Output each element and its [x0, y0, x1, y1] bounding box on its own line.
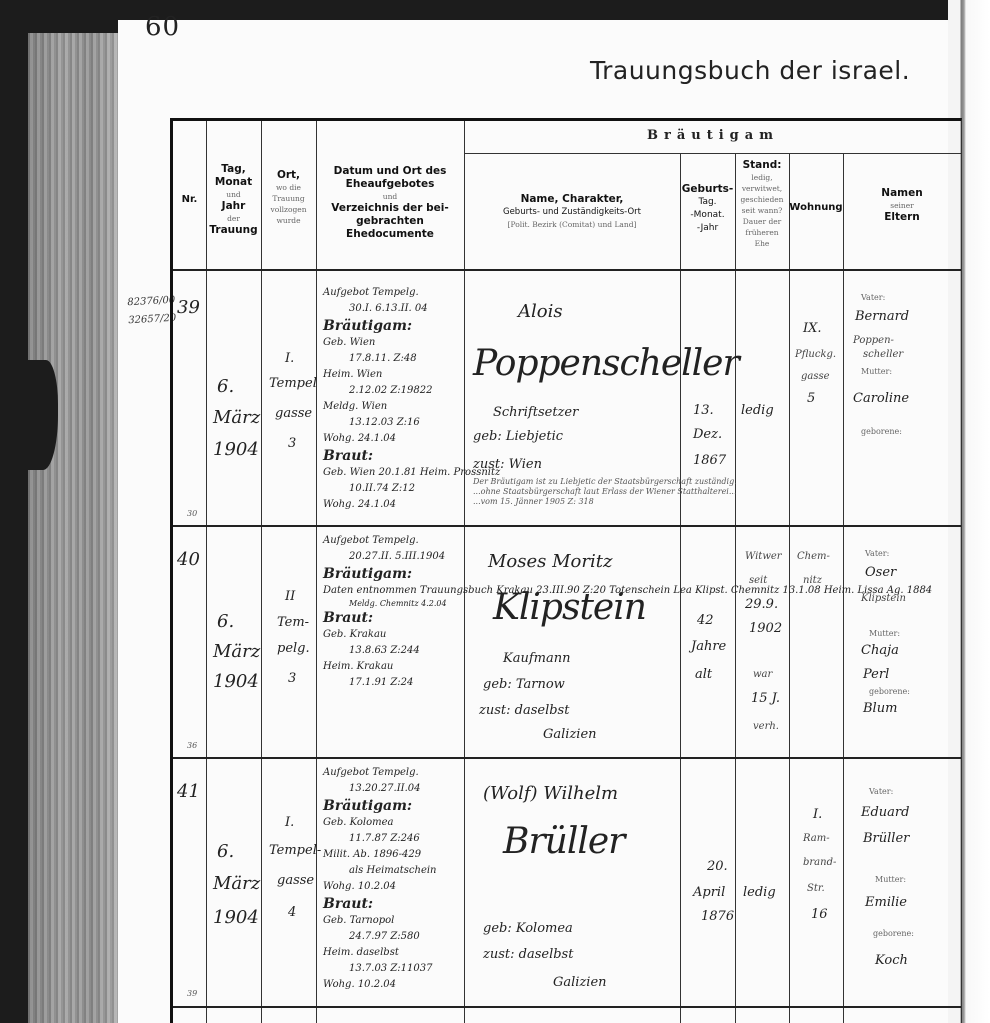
- entry-number: 39: [177, 297, 200, 318]
- birth-day: 13.: [693, 403, 714, 418]
- wedding-month: März: [213, 873, 260, 894]
- nee-label: geborene:: [861, 427, 902, 436]
- header-parents: Namen seiner Eltern: [843, 187, 961, 224]
- birth-day: 20.: [707, 859, 728, 874]
- father-label: Vater:: [865, 549, 889, 558]
- nee-label: geborene:: [873, 929, 914, 938]
- col-divider: [261, 121, 262, 1023]
- entry-number: 41: [177, 781, 200, 802]
- group-divider: [464, 153, 961, 154]
- mother-maiden-name: Koch: [875, 953, 908, 968]
- entry-number: 40: [177, 549, 200, 570]
- mother-label: Mutter:: [875, 875, 906, 884]
- groom-domicile: zust: Wien: [473, 457, 542, 472]
- birth-year: 1867: [693, 453, 726, 468]
- header-date: Tag, Monat und Jahr der Trauung: [206, 163, 261, 237]
- book-spine: [28, 33, 118, 1023]
- col-divider: [206, 121, 207, 1023]
- groom-domicile: zust: daselbst: [479, 703, 569, 718]
- nee-label: geborene:: [869, 687, 910, 696]
- header-banns: Datum und Ort des Eheaufgebotes und Verz…: [316, 165, 464, 241]
- groom-domicile: zust: daselbst: [483, 947, 573, 962]
- groom-birthplace: geb: Tarnow: [483, 677, 565, 692]
- header-place: Ort, wo die Trauung vollzogen wurde: [261, 169, 316, 226]
- father-label: Vater:: [861, 293, 885, 302]
- banns-documents: Aufgebot Tempelg. 13.20.27.II.04 Bräutig…: [323, 765, 437, 993]
- groom-region: Galizien: [543, 727, 597, 742]
- groom-birthplace: geb: Kolomea: [483, 921, 573, 936]
- marital-status: ledig: [743, 885, 776, 900]
- entry-footnote: 30: [187, 509, 197, 518]
- wedding-day: 6.: [217, 376, 234, 397]
- mother-maiden-name: Blum: [863, 701, 897, 716]
- mother-name: Chaja: [861, 643, 899, 658]
- marital-status: ledig: [741, 403, 774, 418]
- col-divider: [316, 121, 317, 1023]
- wedding-day: 6.: [217, 611, 234, 632]
- row-divider: [173, 525, 961, 527]
- wedding-month: März: [213, 407, 260, 428]
- wedding-year: 1904: [213, 907, 259, 928]
- mother-label: Mutter:: [869, 629, 900, 638]
- father-name: Oser: [865, 565, 896, 580]
- groom-occupation: Kaufmann: [503, 651, 570, 666]
- header-birth: Geburts- Tag. -Monat. -Jahr: [680, 183, 735, 235]
- birth-month: April: [693, 885, 725, 900]
- groom-age: 42: [697, 613, 714, 628]
- mother-name: Emilie: [865, 895, 907, 910]
- header-groom-group: Bräutigam: [465, 123, 961, 153]
- wedding-day: 6.: [217, 841, 234, 862]
- father-name: Bernard: [855, 309, 909, 324]
- row-divider: [173, 1006, 961, 1008]
- header-status: Stand: ledig, verwitwet, geschieden seit…: [735, 159, 789, 249]
- groom-first-name: Alois: [518, 301, 563, 322]
- torn-page-edge: [28, 360, 58, 470]
- wedding-place: I.: [285, 351, 294, 366]
- father-label: Vater:: [869, 787, 893, 796]
- birth-year: 1876: [701, 909, 734, 924]
- wedding-month: März: [213, 641, 260, 662]
- header-name: Name, Charakter, Geburts- und Zuständigk…: [464, 193, 680, 230]
- wedding-place: I.: [285, 815, 294, 830]
- mother-label: Mutter:: [861, 367, 892, 376]
- residence: IX.: [803, 321, 822, 336]
- groom-birthplace: geb: Liebjetic: [473, 429, 563, 444]
- wedding-year: 1904: [213, 671, 259, 692]
- birth-month: Dez.: [693, 427, 722, 442]
- marriage-register-table: Nr. Tag, Monat und Jahr der Trauung Ort,…: [170, 118, 962, 1023]
- wedding-year: 1904: [213, 439, 259, 460]
- groom-surname: Poppenscheller: [473, 343, 739, 384]
- row-divider: [173, 757, 961, 759]
- marital-status: Witwer: [745, 551, 782, 562]
- wedding-place: II: [285, 589, 295, 604]
- page-number: 60: [145, 12, 180, 42]
- residence: Chem-: [797, 551, 830, 562]
- groom-surname: Klipstein: [493, 587, 646, 628]
- groom-occupation: Schriftsetzer: [493, 405, 578, 420]
- entry-footnote: 39: [187, 989, 197, 998]
- entry-footnote: 36: [187, 741, 197, 750]
- groom-region: Galizien: [553, 975, 607, 990]
- residence: I.: [813, 807, 822, 822]
- father-name: Eduard: [861, 805, 909, 820]
- groom-surname: Brüller: [503, 821, 624, 862]
- mother-name: Caroline: [853, 391, 909, 406]
- header-residence: Wohnung: [789, 201, 843, 214]
- book-title: Trauungsbuch der israel.: [590, 56, 910, 85]
- groom-first-name: (Wolf) Wilhelm: [483, 783, 618, 804]
- annotation: Der Bräutigam ist zu Liebjetic der Staat…: [473, 477, 737, 507]
- header-bottom: [173, 269, 961, 271]
- groom-first-name: Moses Moritz: [488, 551, 612, 572]
- header-nr: Nr.: [173, 193, 206, 206]
